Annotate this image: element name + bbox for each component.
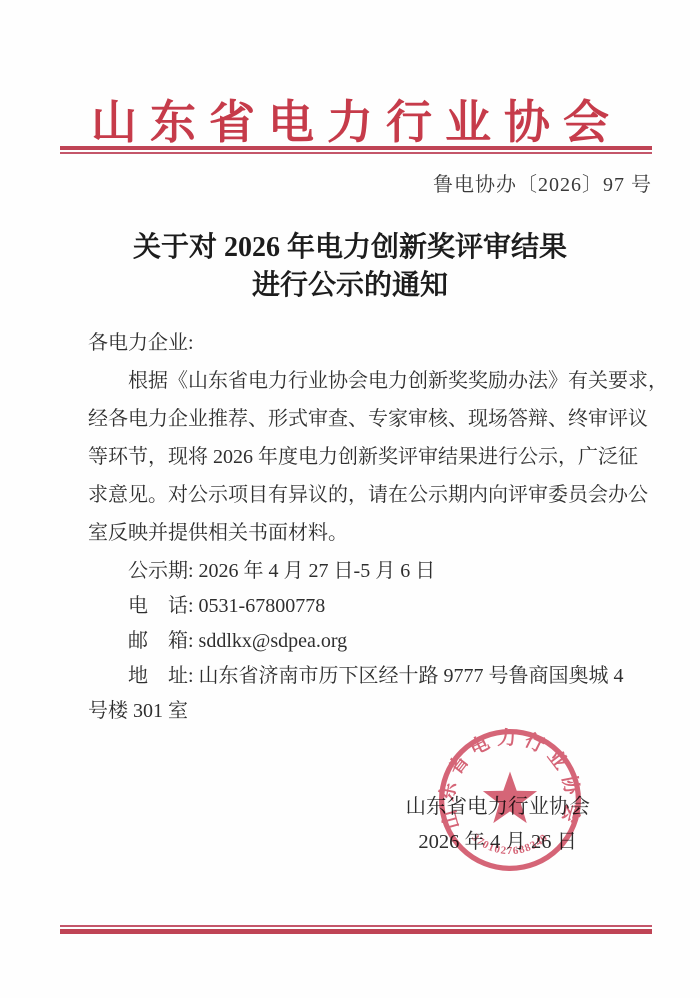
official-seal: 山东省电力行业协会 3701027688340 [434, 724, 586, 876]
header-divider-thin-line [60, 152, 652, 154]
document-title: 关于对 2026 年电力创新奖评审结果 进行公示的通知 [0, 229, 700, 305]
document-page: 山东省电力行业协会 鲁电协办〔2026〕97 号 关于对 2026 年电力创新奖… [0, 0, 700, 998]
document-title-line2: 进行公示的通知 [0, 267, 700, 305]
paragraph-line: 求意见。对公示项目有异议的，请在公示期内向评审委员会办公 [88, 476, 636, 514]
paragraph-line: 室反映并提供相关书面材料。 [88, 514, 636, 552]
footer-divider [60, 925, 652, 934]
svg-text:3701027688340: 3701027688340 [469, 831, 550, 857]
document-number: 鲁电协办〔2026〕97 号 [433, 168, 652, 197]
phone-line: 电 话: 0531-67800778 [88, 589, 636, 624]
seal-star-icon [483, 772, 537, 824]
paragraph-line: 经各电力企业推荐、形式审查、专家审核、现场答辩、终审评议 [88, 400, 636, 438]
paragraph-line: 根据《山东省电力行业协会电力创新奖奖励办法》有关要求， [88, 362, 636, 400]
paragraph-line: 等环节，现将 2026 年度电力创新奖评审结果进行公示，广泛征 [88, 438, 636, 476]
publicity-period-line: 公示期: 2026 年 4 月 27 日-5 月 6 日 [88, 554, 636, 589]
email-line: 邮 箱: sddlkx@sdpea.org [88, 624, 636, 659]
main-paragraph: 根据《山东省电力行业协会电力创新奖奖励办法》有关要求， 经各电力企业推荐、形式审… [88, 362, 636, 552]
letterhead-org-name: 山东省电力行业协会 [0, 86, 700, 152]
address-line: 地 址: 山东省济南市历下区经十路 9777 号鲁商国奥城 4 [88, 659, 636, 694]
seal-number: 3701027688340 [469, 831, 550, 857]
document-title-line1: 关于对 2026 年电力创新奖评审结果 [0, 229, 700, 267]
header-divider [60, 146, 652, 154]
contact-info: 公示期: 2026 年 4 月 27 日-5 月 6 日 电 话: 0531-6… [88, 554, 636, 729]
document-body: 各电力企业: 根据《山东省电力行业协会电力创新奖奖励办法》有关要求， 经各电力企… [88, 324, 636, 729]
footer-divider-thick-line [60, 929, 652, 934]
salutation: 各电力企业: [88, 324, 636, 362]
